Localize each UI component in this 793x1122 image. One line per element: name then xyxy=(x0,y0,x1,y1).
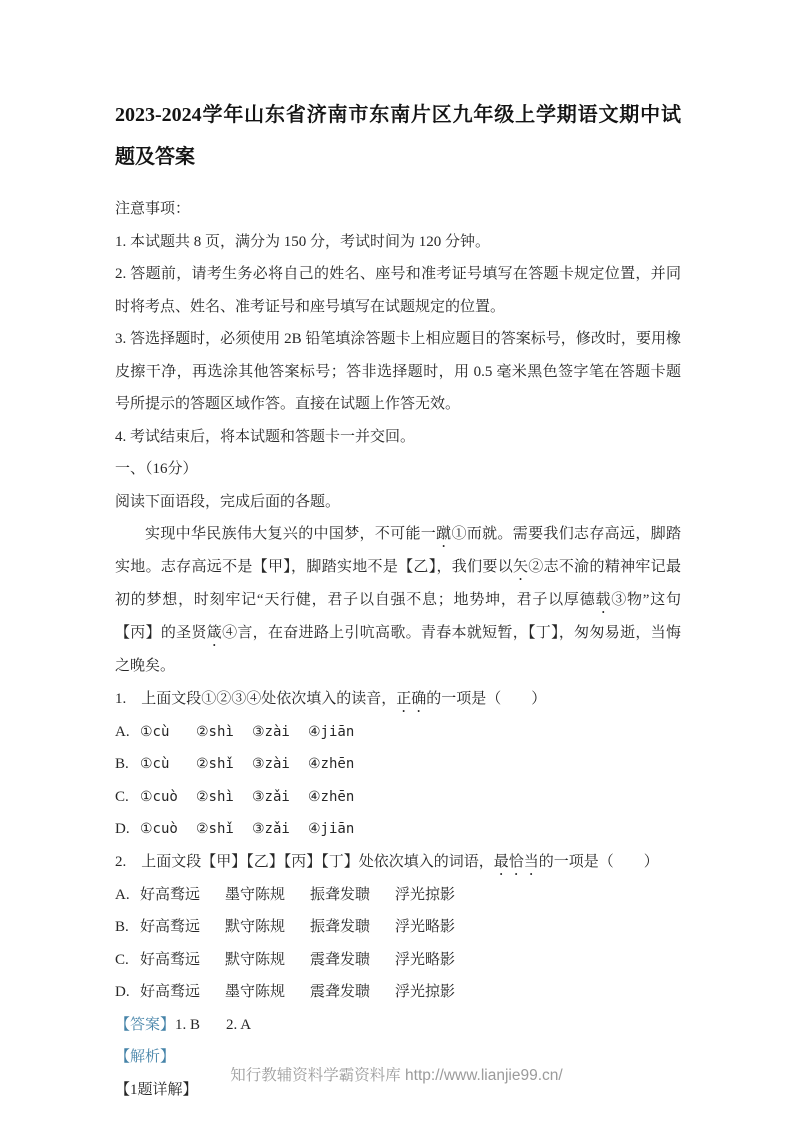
option-item: ①cù xyxy=(140,748,196,781)
q2-option-row-d: D.好高骛远墨守陈规震聋发聩浮光掠影 xyxy=(115,976,681,1009)
section-heading: 一、（16分） xyxy=(115,453,681,486)
answer-label: 【答案】 xyxy=(115,1017,175,1033)
reading-instruction: 阅读下面语段，完成后面的各题。 xyxy=(115,486,681,519)
question-1-prompt-emphasis: 正确 xyxy=(396,691,426,707)
option-item: 好高骛远 xyxy=(140,879,225,912)
answers-line: 【答案】1. B2. A xyxy=(115,1009,681,1042)
option-item: 振聋发聩 xyxy=(310,879,395,912)
option-letter: C. xyxy=(115,781,140,814)
option-letter: B. xyxy=(115,911,140,944)
notice-item-4: 4. 考试结束后，将本试题和答题卡一并交回。 xyxy=(115,421,681,454)
option-item: 默守陈规 xyxy=(225,911,310,944)
notice-heading: 注意事项： xyxy=(115,193,681,226)
passage-emphasized-char: 蹴 xyxy=(436,526,451,542)
option-item: 默守陈规 xyxy=(225,944,310,977)
passage-text: 实现中华民族伟大复兴的中国梦，不可能一 xyxy=(145,526,436,542)
question-2-prompt-text: 2. 上面文段【甲】【乙】【丙】【丁】处依次填入的词语， xyxy=(115,854,494,870)
option-letter: A. xyxy=(115,716,140,749)
option-item: ①cù xyxy=(140,716,196,749)
option-item: 好高骛远 xyxy=(140,944,225,977)
passage-emphasized-char: 矢 xyxy=(513,559,528,575)
passage-emphasized-char: 载 xyxy=(595,592,611,608)
q1-option-row-c: C.①cuò②shì③zǎi④zhēn xyxy=(115,781,681,814)
option-item: ③zǎi xyxy=(252,781,308,814)
option-item: ②shì xyxy=(196,781,252,814)
option-item: 浮光掠影 xyxy=(395,879,480,912)
option-item: 浮光略影 xyxy=(395,944,480,977)
question-2-prompt: 2. 上面文段【甲】【乙】【丙】【丁】处依次填入的词语，最恰当的一项是（ ） xyxy=(115,846,681,879)
option-item: ①cuò xyxy=(140,781,196,814)
option-item: ③zǎi xyxy=(252,813,308,846)
option-item: 震聋发聩 xyxy=(310,944,395,977)
question-1-prompt-text: 1. 上面文段①②③④处依次填入的读音， xyxy=(115,691,396,707)
question-2-prompt-text: 的一项是（ ） xyxy=(539,854,659,870)
notice-item-1: 1. 本试题共 8 页，满分为 150 分，考试时间为 120 分钟。 xyxy=(115,226,681,259)
option-item: ①cuò xyxy=(140,813,196,846)
option-item: 震聋发聩 xyxy=(310,976,395,1009)
option-item: 好高骛远 xyxy=(140,976,225,1009)
option-item: 好高骛远 xyxy=(140,911,225,944)
question-1-prompt: 1. 上面文段①②③④处依次填入的读音，正确的一项是（ ） xyxy=(115,683,681,716)
option-item: 墨守陈规 xyxy=(225,879,310,912)
option-item: 振聋发聩 xyxy=(310,911,395,944)
option-item: ②shǐ xyxy=(196,813,252,846)
question-1-prompt-text: 的一项是（ ） xyxy=(426,691,546,707)
question-2-prompt-emphasis: 最恰当 xyxy=(494,854,539,870)
option-item: ④jiān xyxy=(308,813,364,846)
document-page: 2023-2024学年山东省济南市东南片区九年级上学期语文期中试题及答案 注意事… xyxy=(115,94,681,1106)
option-item: ②shì xyxy=(196,716,252,749)
q1-option-row-b: B.①cù②shǐ③zài④zhēn xyxy=(115,748,681,781)
q1-option-row-a: A.①cù②shì③zài④jiān xyxy=(115,716,681,749)
q1-option-row-d: D.①cuò②shǐ③zǎi④jiān xyxy=(115,813,681,846)
notice-item-2: 2. 答题前，请考生务必将自己的姓名、座号和准考证号填写在答题卡规定位置，并同时… xyxy=(115,258,681,323)
option-item: 墨守陈规 xyxy=(225,976,310,1009)
option-letter: B. xyxy=(115,748,140,781)
footer-text: 知行教辅资料学霸资料库 http://www.lianjie99.cn/ xyxy=(0,1063,793,1085)
option-letter: D. xyxy=(115,976,140,1009)
passage-emphasized-char: 箴 xyxy=(207,625,222,641)
option-item: ④jiān xyxy=(308,716,364,749)
q2-option-row-c: C.好高骛远默守陈规震聋发聩浮光略影 xyxy=(115,944,681,977)
option-item: ③zài xyxy=(252,716,308,749)
option-item: ②shǐ xyxy=(196,748,252,781)
answer-item-1: 1. B xyxy=(175,1017,200,1033)
option-item: ④zhēn xyxy=(308,781,364,814)
page-title: 2023-2024学年山东省济南市东南片区九年级上学期语文期中试题及答案 xyxy=(115,94,681,178)
answer-item-2: 2. A xyxy=(226,1017,251,1033)
q2-option-row-b: B.好高骛远默守陈规振聋发聩浮光略影 xyxy=(115,911,681,944)
option-letter: D. xyxy=(115,813,140,846)
option-item: ③zài xyxy=(252,748,308,781)
option-item: 浮光掠影 xyxy=(395,976,480,1009)
passage-paragraph: 实现中华民族伟大复兴的中国梦，不可能一蹴①而就。需要我们志存高远，脚踏实地。志存… xyxy=(115,518,681,683)
option-letter: C. xyxy=(115,944,140,977)
notice-item-3: 3. 答选择题时，必须使用 2B 铅笔填涂答题卡上相应题目的答案标号，修改时，要… xyxy=(115,323,681,421)
option-item: ④zhēn xyxy=(308,748,364,781)
q2-option-row-a: A.好高骛远墨守陈规振聋发聩浮光掠影 xyxy=(115,879,681,912)
option-item: 浮光略影 xyxy=(395,911,480,944)
option-letter: A. xyxy=(115,879,140,912)
